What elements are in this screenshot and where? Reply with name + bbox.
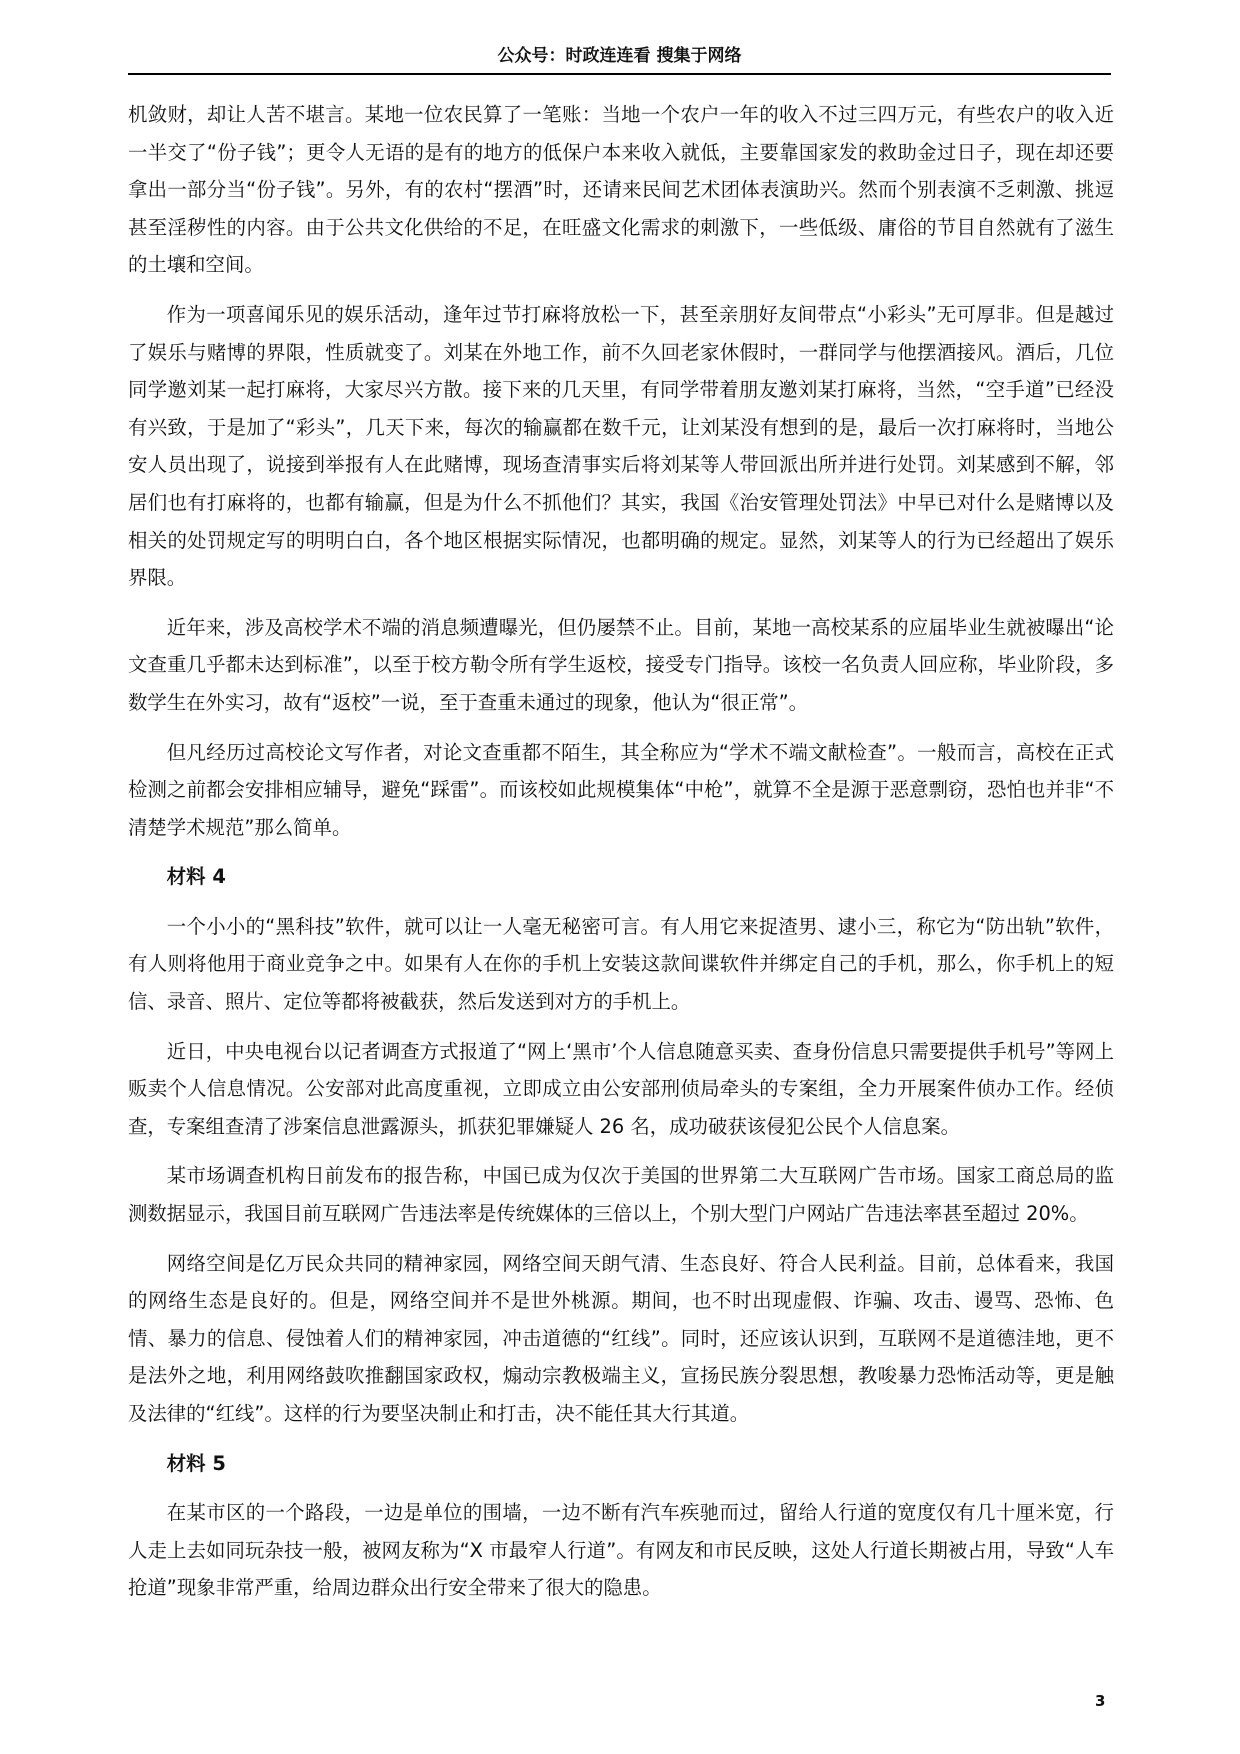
page-number: 3 — [1095, 1692, 1105, 1710]
paragraph: 近年来，涉及高校学术不端的消息频遭曝光，但仍屡禁不止。目前，某地一高校某系的应届… — [128, 609, 1114, 722]
section-title-material-4: 材料 4 — [128, 858, 1114, 896]
paragraph: 但凡经历过高校论文写作者，对论文查重都不陌生，其全称应为“学术不端文献检查”。一… — [128, 734, 1114, 847]
paragraph: 在某市区的一个路段，一边是单位的围墙，一边不断有汽车疾驰而过，留给人行道的宽度仅… — [128, 1494, 1114, 1607]
document-body: 机敛财，却让人苦不堪言。某地一位农民算了一笔账：当地一个农户一年的收入不过三四万… — [128, 96, 1114, 1619]
paragraph: 作为一项喜闻乐见的娱乐活动，逢年过节打麻将放松一下，甚至亲朋好友间带点“小彩头”… — [128, 296, 1114, 597]
section-title-material-5: 材料 5 — [128, 1445, 1114, 1483]
paragraph: 一个小小的“黑科技”软件，就可以让一人毫无秘密可言。有人用它来捉渣男、逮小三，称… — [128, 908, 1114, 1021]
page-header: 公众号：时政连连看 搜集于网络 — [128, 44, 1111, 68]
header-divider — [128, 73, 1111, 75]
paragraph: 近日，中央电视台以记者调查方式报道了“网上‘黑市’个人信息随意买卖、查身份信息只… — [128, 1033, 1114, 1146]
paragraph: 某市场调查机构日前发布的报告称，中国已成为仅次于美国的世界第二大互联网广告市场。… — [128, 1157, 1114, 1232]
paragraph: 机敛财，却让人苦不堪言。某地一位农民算了一笔账：当地一个农户一年的收入不过三四万… — [128, 96, 1114, 284]
paragraph: 网络空间是亿万民众共同的精神家园，网络空间天朗气清、生态良好、符合人民利益。目前… — [128, 1245, 1114, 1433]
